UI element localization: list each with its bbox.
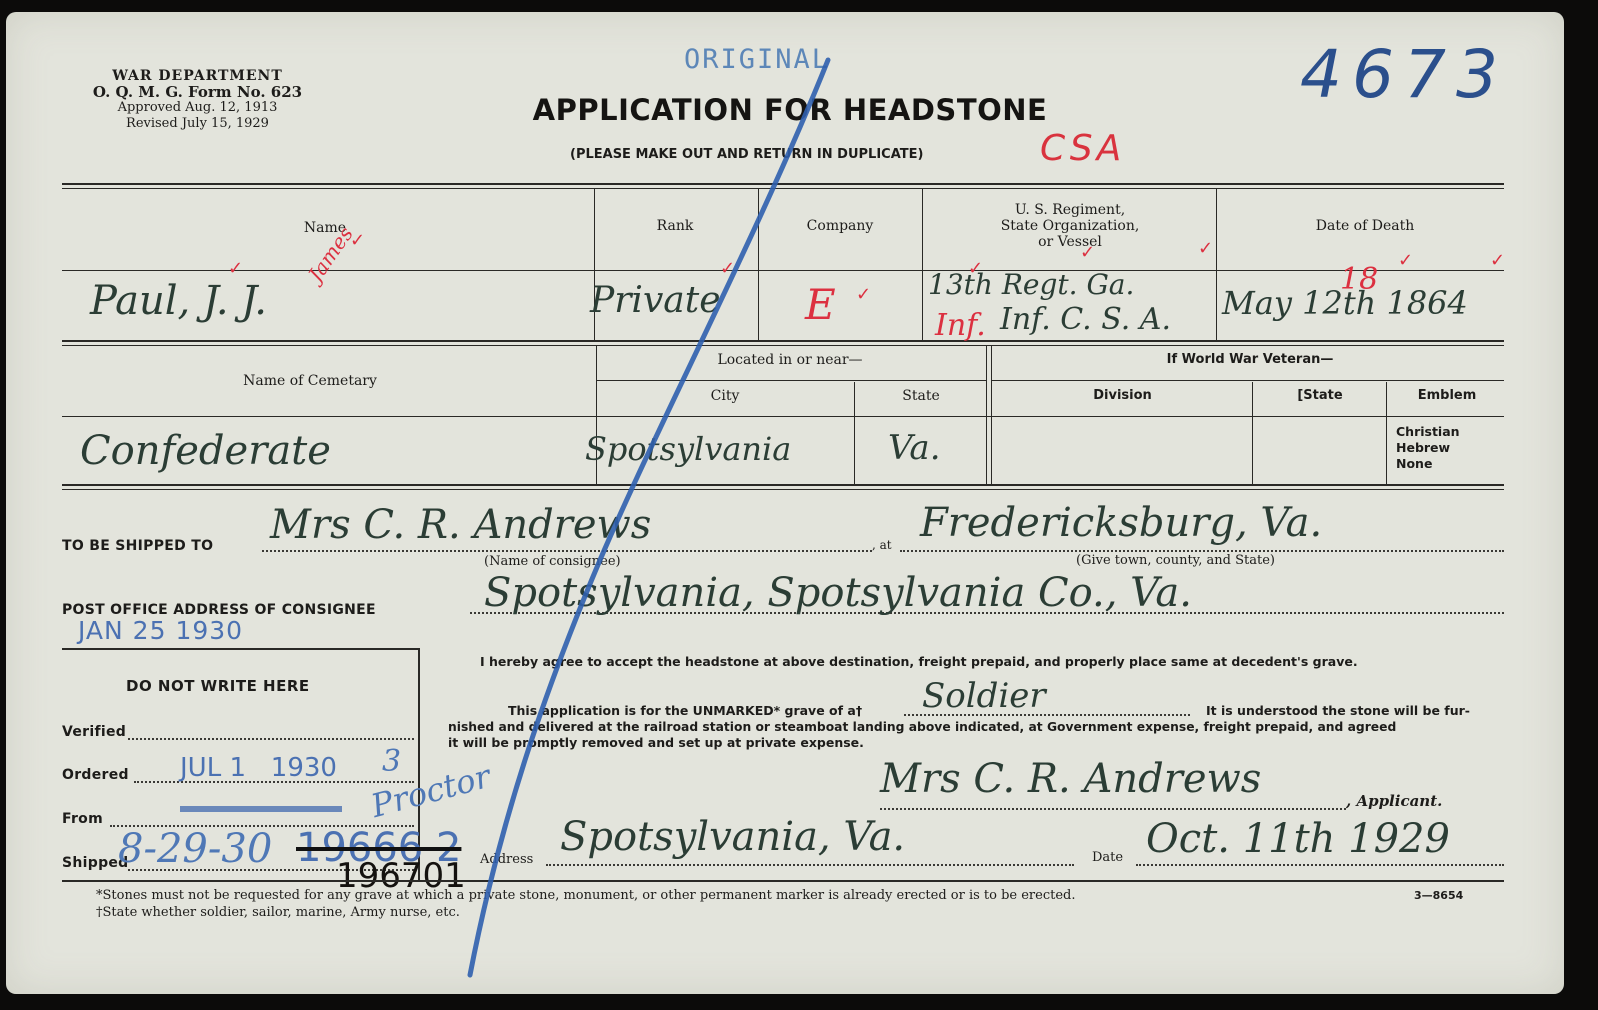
red-check-icon: ✓: [1490, 250, 1505, 271]
original-stamp: ORIGINAL: [684, 44, 830, 75]
col-divider: [758, 188, 759, 340]
received-date-stamp: JAN 25 1930: [78, 616, 243, 645]
table2-bottom-border: [62, 484, 1504, 486]
file-number: 4673: [1300, 36, 1508, 113]
emblem-header: Emblem: [1390, 388, 1504, 403]
ship-to-label: TO BE SHIPPED TO: [62, 538, 213, 554]
date-line: [1136, 864, 1504, 866]
at-label: , at: [872, 538, 892, 552]
emblem-options: Christian Hebrew None: [1396, 424, 1460, 472]
footnote-2: †State whether soldier, sailor, marine, …: [96, 905, 460, 921]
revised-date: Revised July 15, 1929: [60, 116, 335, 132]
state-header: State: [858, 388, 984, 404]
address-value: Spotsylvania, Va.: [560, 814, 905, 860]
regiment-header: U. S. Regiment, State Organization, or V…: [960, 202, 1180, 250]
at-value: Fredericksburg, Va.: [920, 500, 1322, 546]
table2-bottom-border-inner: [62, 489, 1504, 490]
table1-top-border: [62, 183, 1504, 185]
form-number: O. Q. M. G. Form No. 623: [60, 84, 335, 100]
department-label: WAR DEPARTMENT: [60, 68, 335, 84]
shipped-date: 8-29-30: [118, 826, 272, 872]
form-header: WAR DEPARTMENT O. Q. M. G. Form No. 623 …: [60, 68, 335, 132]
col-divider: [854, 382, 855, 484]
agreement-line3: nished and delivered at the railroad sta…: [448, 719, 1396, 735]
date-of-death-header: Date of Death: [1220, 218, 1510, 234]
col-divider: [1216, 188, 1217, 340]
from-struck-stamp: [180, 806, 342, 812]
cemetery-value: Confederate: [80, 428, 331, 474]
regiment-value-line2: Inf. C. S. A.: [1000, 302, 1171, 337]
ordered-date-stamp: JUL 1 1930: [180, 753, 337, 783]
veteran-divider: [992, 380, 1504, 381]
ww-state-header: [State: [1256, 388, 1384, 403]
red-check-icon: ✓: [1398, 250, 1413, 271]
located-divider: [596, 380, 986, 381]
agreement-line2b: It is understood the stone will be fur-: [1206, 703, 1470, 719]
agreement-line4: it will be promptly removed and set up a…: [448, 735, 864, 751]
regiment-value-line1: 13th Regt. Ga.: [928, 268, 1134, 301]
red-check-icon: ✓: [968, 258, 983, 279]
emblem-option-none: None: [1396, 456, 1460, 472]
ship-to-value: Mrs C. R. Andrews: [270, 502, 651, 548]
deceased-name-value: Paul, J. J.: [90, 278, 267, 324]
page-title: APPLICATION FOR HEADSTONE: [440, 93, 1140, 127]
approved-date: Approved Aug. 12, 1913: [60, 100, 335, 116]
footnote-1: *Stones must not be requested for any gr…: [96, 888, 1076, 904]
col-divider: [922, 188, 923, 340]
col-divider: [986, 345, 987, 484]
date-label: Date: [1092, 850, 1123, 865]
red-check-icon: ✓: [1198, 238, 1213, 259]
ship-to-line: [262, 550, 872, 552]
verified-label: Verified: [62, 724, 126, 740]
do-not-write-title: DO NOT WRITE HERE: [126, 677, 310, 695]
table1-bottom-border-inner: [62, 345, 1504, 346]
po-address-value: Spotsylvania, Spotsylvania Co., Va.: [484, 570, 1192, 616]
red-check-icon: ✓: [720, 258, 735, 279]
city-header: City: [600, 388, 850, 404]
address-line: [546, 864, 1074, 866]
located-header: Located in or near—: [660, 352, 920, 368]
company-header: Company: [765, 218, 915, 234]
col-divider: [1386, 382, 1387, 484]
footer-divider: [62, 880, 1504, 882]
rank-value: Private: [590, 280, 721, 321]
verified-line: [128, 738, 414, 740]
consignee-caption: (Name of consignee): [484, 554, 621, 569]
red-check-icon: ✓: [856, 284, 871, 305]
table2-header-divider: [62, 416, 1504, 417]
rank-header: Rank: [600, 218, 750, 234]
table1-top-border-inner: [62, 188, 1504, 189]
date-value: Oct. 11th 1929: [1146, 816, 1450, 862]
town-caption: (Give town, county, and State): [1076, 553, 1275, 568]
ordered-note: 3: [382, 744, 401, 779]
col-divider: [1252, 382, 1253, 484]
agreement-line2a: This application is for the UNMARKED* gr…: [508, 703, 862, 719]
agreement-line1: I hereby agree to accept the headstone a…: [480, 654, 1358, 670]
page-subtitle: (PLEASE MAKE OUT AND RETURN IN DUPLICATE…: [570, 147, 923, 162]
emblem-option-christian: Christian: [1396, 424, 1460, 440]
emblem-option-hebrew: Hebrew: [1396, 440, 1460, 456]
red-check-icon: ✓: [1080, 242, 1095, 263]
table1-header-divider: [62, 270, 1504, 271]
applicant-label: , Applicant.: [1346, 792, 1442, 810]
state-value: Va.: [888, 428, 941, 468]
applicant-signature-line: [880, 808, 1346, 810]
applicant-signature: Mrs C. R. Andrews: [880, 756, 1261, 802]
ww-veteran-header: If World War Veteran—: [1050, 352, 1450, 367]
form-code: 3—8654: [1414, 888, 1463, 904]
address-label: Address: [480, 852, 533, 867]
date-correction: 18: [1340, 262, 1378, 297]
table1-bottom-border: [62, 340, 1504, 342]
red-check-icon: ✓: [228, 258, 243, 279]
name-header: Name: [250, 220, 400, 236]
red-check-icon: ✓: [350, 230, 365, 251]
csa-annotation: CSA: [1040, 128, 1125, 169]
col-divider: [991, 345, 992, 484]
company-value: E: [805, 280, 836, 329]
ordered-label: Ordered: [62, 767, 129, 783]
grave-of-value: Soldier: [922, 676, 1046, 716]
regiment-correction: Inf.: [935, 308, 986, 343]
division-header: Division: [995, 388, 1250, 403]
from-label: From: [62, 811, 103, 827]
city-value: Spotsylvania: [585, 430, 791, 468]
cemetery-header: Name of Cemetary: [200, 373, 420, 389]
at-line: [900, 550, 1504, 552]
